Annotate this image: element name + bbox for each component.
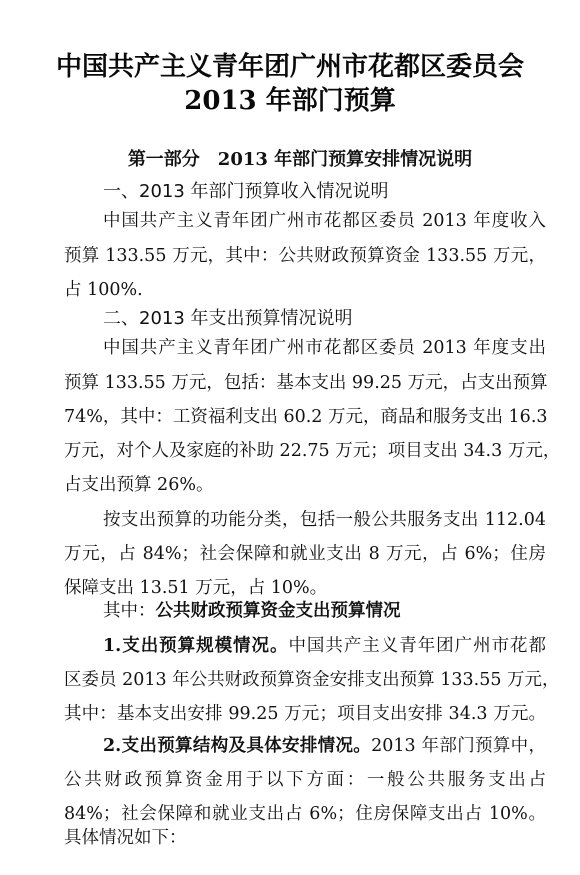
document-page: 中国共产主义青年团广州市花都区委员会 2013 年部门预算 第一部分 2013 … (0, 0, 580, 875)
item2-bold-lead: 2.支出预算结构及具体安排情况。 (103, 736, 371, 756)
section2-para2-line: 保障支出 13.51 万元，占 10%。 (64, 576, 546, 600)
item1-line: 区委员 2013 年公共财政预算资金安排支出预算 133.55 万元， (64, 668, 546, 692)
document-title-line2: 2013 年部门预算 (0, 80, 580, 117)
part-one-heading: 第一部分 2013 年部门预算安排情况说明 (0, 145, 580, 171)
item2-line: 84%；社会保障和就业支出占 6%；住房保障支出占 10%。 (64, 802, 546, 826)
section2-para1-line: 占支出预算 26%。 (64, 473, 546, 497)
section1-line: 占 100%. (64, 278, 546, 302)
section1-line: 中国共产主义青年团广州市花都区委员 2013 年度收入 (103, 209, 546, 233)
item1-first-line: 1.支出预算规模情况。中国共产主义青年团广州市花都 (103, 634, 546, 658)
section2-para2-line: 万元，占 84%；社会保障和就业支出 8 万元，占 6%；住房 (64, 542, 546, 566)
item2-first-line: 2.支出预算结构及具体安排情况。2013 年部门预算中， (103, 734, 546, 758)
subheading-bold-text: 公共财政预算资金支出预算情况 (156, 601, 401, 621)
item1-line: 其中：基本支出安排 99.25 万元；项目支出安排 34.3 万元。 (64, 702, 546, 726)
subheading-prefix: 其中： (103, 601, 156, 621)
section2-para1-line: 74%，其中：工资福利支出 60.2 万元，商品和服务支出 16.3 (64, 405, 546, 429)
section2-para1-line: 中国共产主义青年团广州市花都区委员 2013 年度支出 (103, 336, 546, 360)
item1-first-line-rest: 中国共产主义青年团广州市花都 (288, 636, 546, 656)
section1-line: 预算 133.55 万元，其中：公共财政预算资金 133.55 万元， (64, 244, 546, 268)
public-fiscal-subheading: 其中：公共财政预算资金支出预算情况 (103, 599, 546, 623)
item2-first-line-rest: 2013 年部门预算中， (371, 736, 546, 756)
section1-heading: 一、2013 年部门预算收入情况说明 (103, 177, 389, 203)
section2-para2-line: 按支出预算的功能分类，包括一般公共服务支出 112.04 (103, 508, 546, 532)
item1-bold-lead: 1.支出预算规模情况。 (103, 636, 288, 656)
item2-line: 公共财政预算资金用于以下方面：一般公共服务支出占 (64, 768, 546, 792)
section2-para1-line: 预算 133.55 万元，包括：基本支出 99.25 万元，占支出预算 (64, 371, 546, 395)
section2-para1-line: 万元，对个人及家庭的补助 22.75 万元；项目支出 34.3 万元， (64, 439, 546, 463)
section2-heading: 二、2013 年支出预算情况说明 (103, 304, 353, 330)
item2-line: 具体情况如下： (64, 826, 546, 850)
document-title-line1: 中国共产主义青年团广州市花都区委员会 (0, 46, 580, 83)
